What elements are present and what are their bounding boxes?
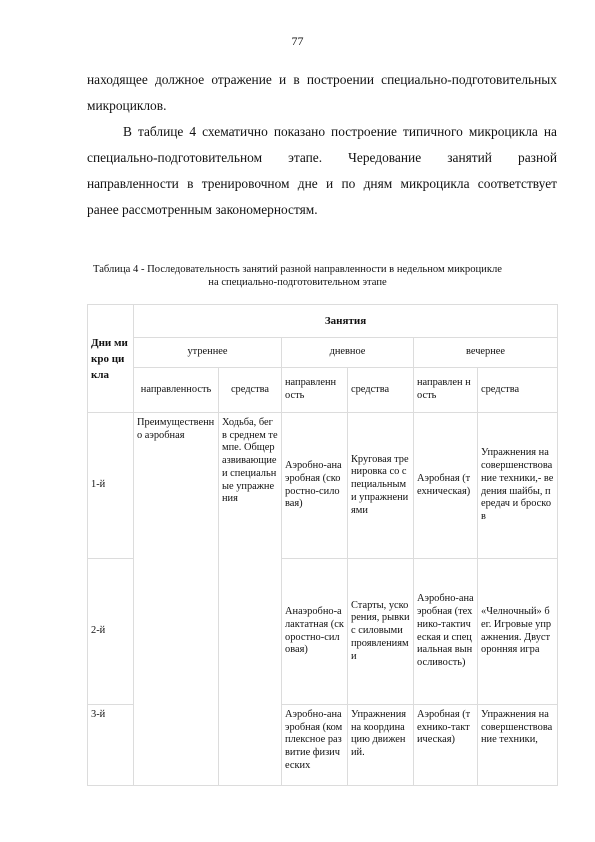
day-means-cell: Круговая тренировка со специальными упра…: [348, 413, 414, 559]
table-caption: Таблица 4 - Последовательность занятий р…: [60, 263, 535, 289]
paragraph-2: В таблице 4 схематично показано построен…: [87, 119, 557, 223]
day-means-cell: Старты, ускорения, рывки с силовыми проя…: [348, 559, 414, 705]
evening-direction-cell: Аэробная (технико-тактическая): [414, 705, 478, 786]
day-direction-cell: Аэробно-анаэробная (скоростно-силовая): [282, 413, 348, 559]
subheader-day-direction: направленн ость: [282, 368, 348, 413]
header-morning: утреннее: [134, 338, 282, 368]
paragraph-line: В таблице 4 схематично показано построен…: [87, 119, 557, 145]
subheader-evening-direction: направлен ность: [414, 368, 478, 413]
paragraph-line: направленности в тренировочном дне и по …: [87, 171, 557, 197]
morning-direction-cell: Преимущественно аэробная: [134, 413, 219, 786]
subheader-morning-direction: направленность: [134, 368, 219, 413]
evening-means-cell: Упражнения на совершенствование техники,…: [478, 413, 558, 559]
header-evening: вечернее: [414, 338, 558, 368]
subheader-evening-means: средства: [478, 368, 558, 413]
table-caption-line: на специально-подготовительном этапе: [60, 276, 535, 289]
evening-means-cell: Упражнения на совершенствование техники,: [478, 705, 558, 786]
table-caption-line: Таблица 4 - Последовательность занятий р…: [60, 263, 535, 276]
day-means-cell: Упражнения на координацию движений.: [348, 705, 414, 786]
day-cell: 3-й: [88, 705, 134, 786]
header-daytime: дневное: [282, 338, 414, 368]
header-sessions: Занятия: [134, 305, 558, 338]
subheader-morning-means: средства: [219, 368, 282, 413]
paragraph-line: специально-подготовительном этапе. Черед…: [87, 145, 557, 171]
evening-direction-cell: Аэробная (техническая): [414, 413, 478, 559]
evening-direction-cell: Аэробно-анаэробная (технико-тактическая …: [414, 559, 478, 705]
header-days: Дни микро цикла: [88, 305, 134, 413]
paragraph-line: находящее должное отражение и в построен…: [87, 67, 557, 93]
day-cell: 1-й: [88, 413, 134, 559]
day-cell: 2-й: [88, 559, 134, 705]
evening-means-cell: «Челночный» бег. Игровые упражнения. Дву…: [478, 559, 558, 705]
subheader-day-means: средства: [348, 368, 414, 413]
paragraph-line: ранее рассмотренным закономерностям.: [87, 197, 557, 223]
table-row: 1-й Преимущественно аэробная Ходьба, бег…: [88, 413, 558, 559]
day-direction-cell: Аэробно-анаэробная (комплексное развитие…: [282, 705, 348, 786]
paragraph-line: микроциклов.: [87, 93, 557, 119]
morning-means-cell: Ходьба, бег в среднем темпе. Общеразвива…: [219, 413, 282, 786]
paragraph-1: находящее должное отражение и в построен…: [87, 67, 557, 119]
day-direction-cell: Анаэробно-алактатная (скоростно-силовая): [282, 559, 348, 705]
microcycle-table: Дни микро цикла Занятия утреннее дневное…: [87, 304, 558, 786]
page-number: 77: [0, 34, 595, 49]
